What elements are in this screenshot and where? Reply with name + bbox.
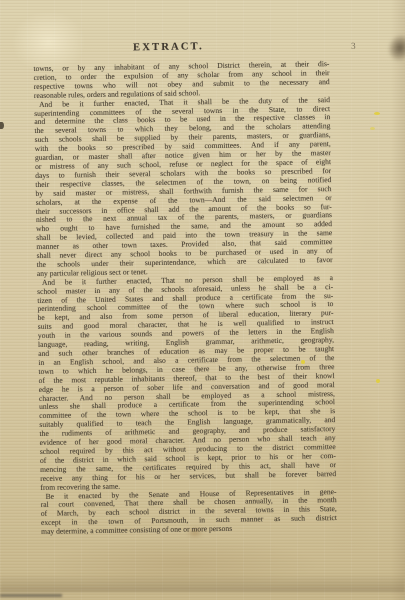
yellow-speck — [376, 379, 380, 383]
body-text: towns, or by any inhabitant of any schoo… — [33, 60, 337, 537]
page-number: 3 — [351, 41, 356, 51]
yellow-speck — [370, 127, 375, 130]
page-title: EXTRACT. — [133, 41, 204, 53]
page-content: EXTRACT. 3 towns, or by any inhabitant o… — [33, 37, 329, 65]
scanner-edge-artifact — [0, 594, 62, 597]
torn-edge-shading — [0, 572, 405, 592]
paper-sheet: EXTRACT. 3 towns, or by any inhabitant o… — [0, 0, 405, 600]
scanned-document-page: EXTRACT. 3 towns, or by any inhabitant o… — [0, 0, 405, 600]
edge-smudge-stain — [384, 31, 405, 66]
dark-speck — [0, 122, 4, 129]
paper-shadow: EXTRACT. 3 towns, or by any inhabitant o… — [0, 0, 405, 600]
yellow-speck — [374, 112, 380, 115]
